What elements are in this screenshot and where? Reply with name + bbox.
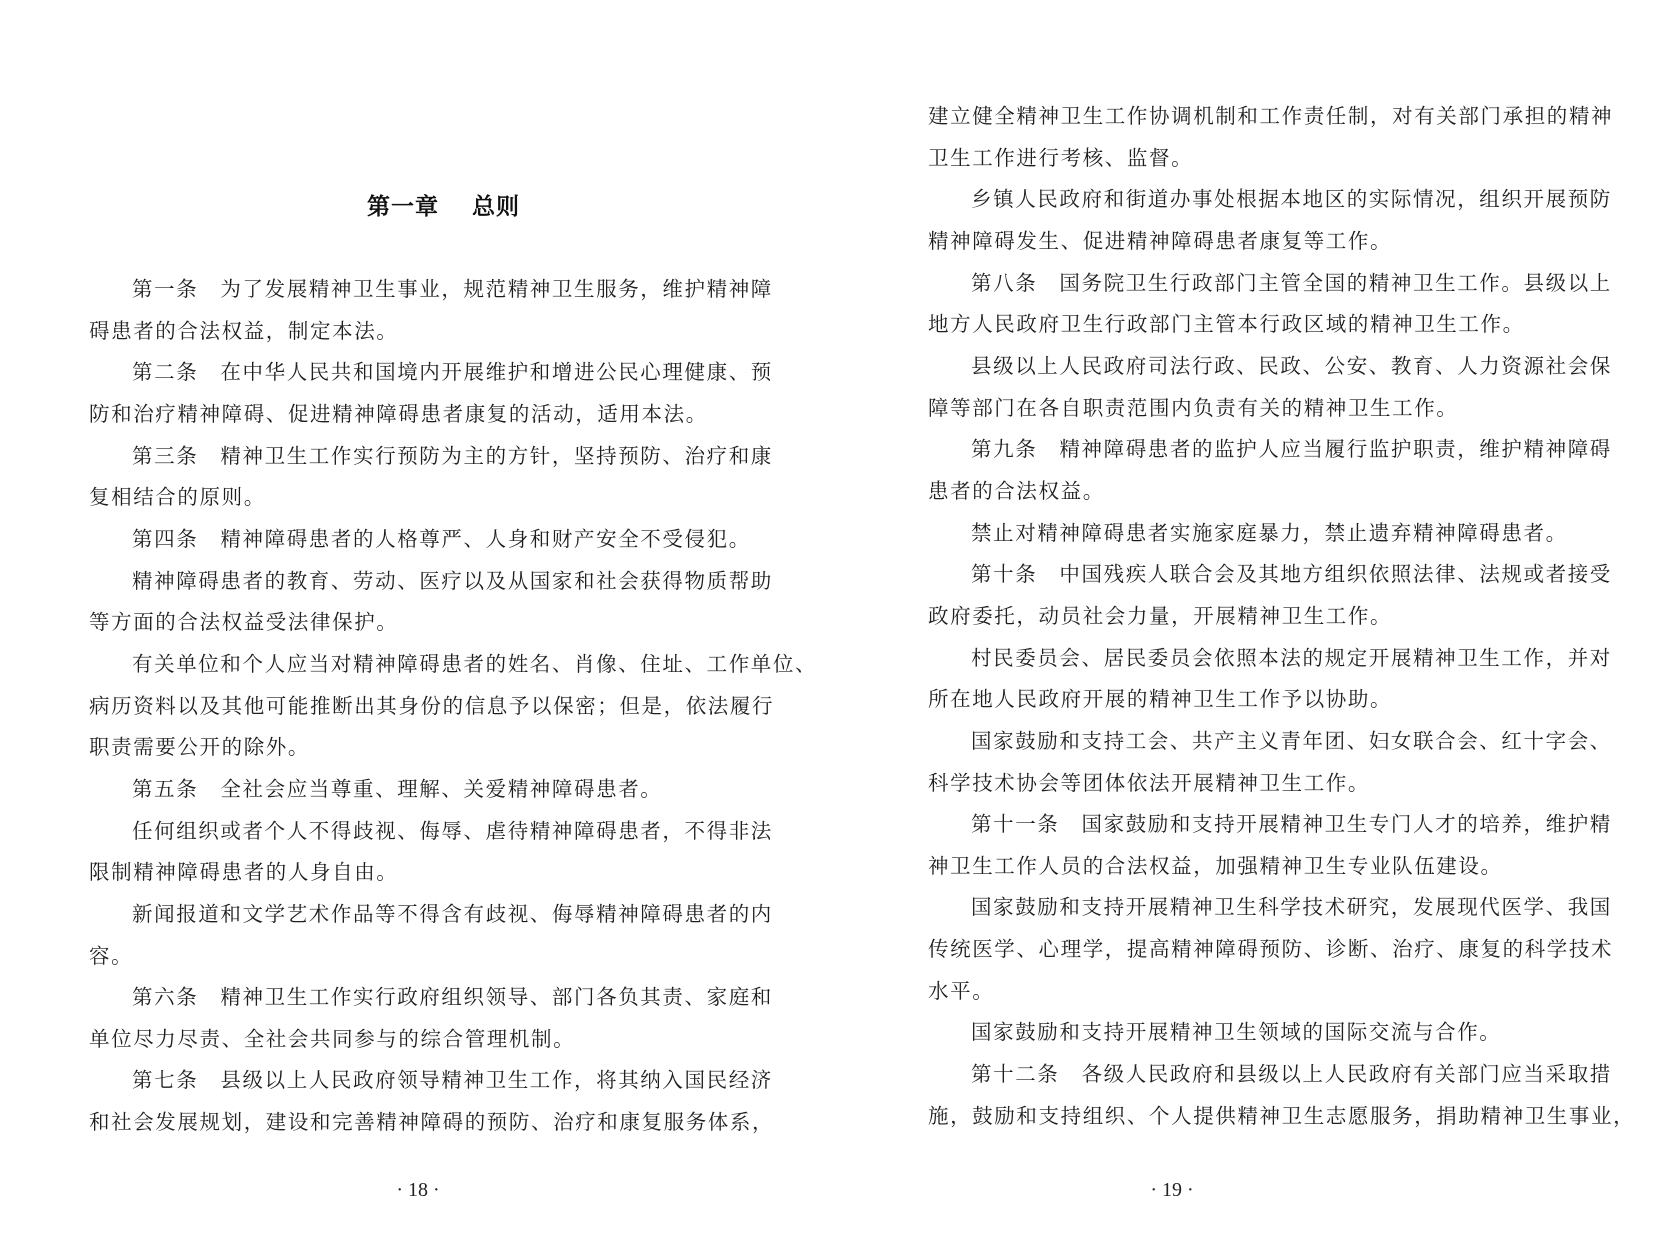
text-line: 乡镇人民政府和街道办事处根据本地区的实际情况，组织开展预防 [928,179,1635,221]
text-line: 地方人民政府卫生行政部门主管本行政区域的精神卫生工作。 [928,304,1635,346]
text-line: 第三条 精神卫生工作实行预防为主的方针，坚持预防、治疗和康 [89,436,817,478]
text-line: 新闻报道和文学艺术作品等不得含有歧视、侮辱精神障碍患者的内 [89,894,817,936]
text-line: 复相结合的原则。 [89,477,817,519]
text-line: 第五条 全社会应当尊重、理解、关爱精神障碍患者。 [89,769,817,811]
text-line: 县级以上人民政府司法行政、民政、公安、教育、人力资源社会保 [928,346,1635,388]
text-line: 第二条 在中华人民共和国境内开展维护和增进公民心理健康、预 [89,352,817,394]
text-line: 障等部门在各自职责范围内负责有关的精神卫生工作。 [928,388,1635,430]
text-line: 神卫生工作人员的合法权益，加强精神卫生专业队伍建设。 [928,846,1635,888]
text-line: 单位尽力尽责、全社会共同参与的综合管理机制。 [89,1019,817,1061]
text-line: 第七条 县级以上人民政府领导精神卫生工作，将其纳入国民经济 [89,1060,817,1102]
right-page-text: 建立健全精神卫生工作协调机制和工作责任制，对有关部门承担的精神卫生工作进行考核、… [928,96,1635,1137]
text-line: 建立健全精神卫生工作协调机制和工作责任制，对有关部门承担的精神 [928,96,1635,138]
text-line: 防和治疗精神障碍、促进精神障碍患者康复的活动，适用本法。 [89,394,817,436]
text-line: 所在地人民政府开展的精神卫生工作予以协助。 [928,679,1635,721]
text-line: 病历资料以及其他可能推断出其身份的信息予以保密；但是，依法履行 [89,686,817,728]
text-line: 水平。 [928,971,1635,1013]
right-page: 建立健全精神卫生工作协调机制和工作责任制，对有关部门承担的精神卫生工作进行考核、… [838,0,1677,1240]
text-line: 患者的合法权益。 [928,471,1635,513]
page-number-right: · 19 · [1150,1178,1193,1202]
text-line: 精神障碍发生、促进精神障碍患者康复等工作。 [928,221,1635,263]
text-line: 职责需要公开的除外。 [89,727,817,769]
text-line: 限制精神障碍患者的人身自由。 [89,852,817,894]
left-page-text: 第一条 为了发展精神卫生事业，规范精神卫生服务，维护精神障碍患者的合法权益，制定… [89,269,817,1144]
text-line: 国家鼓励和支持开展精神卫生领域的国际交流与合作。 [928,1012,1635,1054]
chapter-title: 第一章 总则 [367,193,520,221]
text-line: 施，鼓励和支持组织、个人提供精神卫生志愿服务，捐助精神卫生事业， [928,1096,1635,1138]
text-line: 有关单位和个人应当对精神障碍患者的姓名、肖像、住址、工作单位、 [89,644,817,686]
text-line: 国家鼓励和支持开展精神卫生科学技术研究，发展现代医学、我国 [928,887,1635,929]
text-line: 精神障碍患者的教育、劳动、医疗以及从国家和社会获得物质帮助 [89,561,817,603]
page-number-left: · 18 · [396,1178,439,1202]
text-line: 第四条 精神障碍患者的人格尊严、人身和财产安全不受侵犯。 [89,519,817,561]
text-line: 村民委员会、居民委员会依照本法的规定开展精神卫生工作，并对 [928,638,1635,680]
text-line: 等方面的合法权益受法律保护。 [89,602,817,644]
text-line: 禁止对精神障碍患者实施家庭暴力，禁止遗弃精神障碍患者。 [928,513,1635,555]
text-line: 第十二条 各级人民政府和县级以上人民政府有关部门应当采取措 [928,1054,1635,1096]
text-line: 政府委托，动员社会力量，开展精神卫生工作。 [928,596,1635,638]
left-page: 第一章 总则 第一条 为了发展精神卫生事业，规范精神卫生服务，维护精神障碍患者的… [0,0,838,1240]
text-line: 科学技术协会等团体依法开展精神卫生工作。 [928,763,1635,805]
text-line: 第十条 中国残疾人联合会及其地方组织依照法律、法规或者接受 [928,554,1635,596]
text-line: 任何组织或者个人不得歧视、侮辱、虐待精神障碍患者，不得非法 [89,811,817,853]
text-line: 容。 [89,936,817,978]
text-line: 卫生工作进行考核、监督。 [928,138,1635,180]
text-line: 传统医学、心理学，提高精神障碍预防、诊断、治疗、康复的科学技术 [928,929,1635,971]
text-line: 第十一条 国家鼓励和支持开展精神卫生专门人才的培养，维护精 [928,804,1635,846]
text-line: 第六条 精神卫生工作实行政府组织领导、部门各负其责、家庭和 [89,977,817,1019]
text-line: 碍患者的合法权益，制定本法。 [89,311,817,353]
text-line: 第九条 精神障碍患者的监护人应当履行监护职责，维护精神障碍 [928,429,1635,471]
text-line: 第一条 为了发展精神卫生事业，规范精神卫生服务，维护精神障 [89,269,817,311]
text-line: 国家鼓励和支持工会、共产主义青年团、妇女联合会、红十字会、 [928,721,1635,763]
text-line: 和社会发展规划，建设和完善精神障碍的预防、治疗和康复服务体系， [89,1102,817,1144]
text-line: 第八条 国务院卫生行政部门主管全国的精神卫生工作。县级以上 [928,263,1635,305]
